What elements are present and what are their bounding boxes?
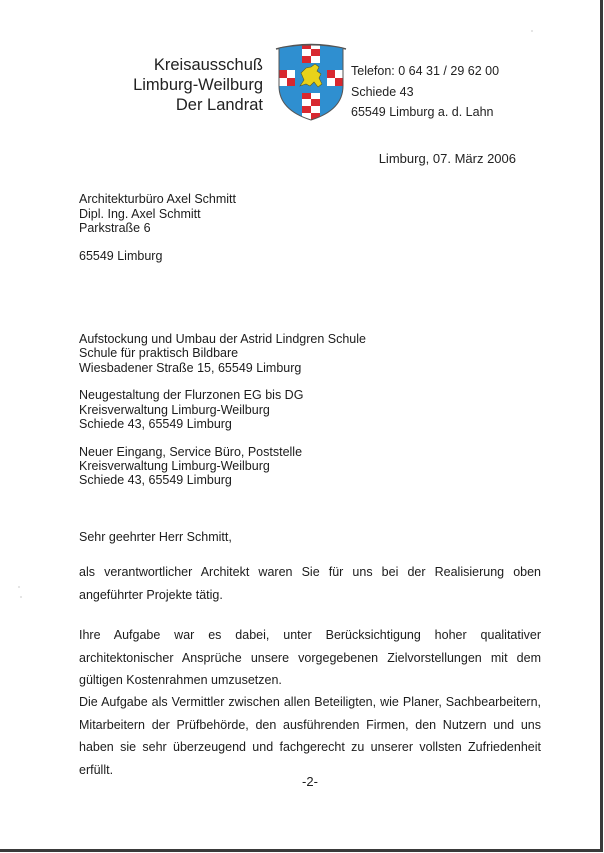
project-title: Neugestaltung der Flurzonen EG bis DG — [79, 388, 366, 402]
project-line: Kreisverwaltung Limburg-Weilburg — [79, 403, 366, 417]
project-line: Kreisverwaltung Limburg-Weilburg — [79, 459, 366, 473]
scan-speck — [20, 596, 22, 598]
letter-date: Limburg, 07. März 2006 — [379, 151, 516, 166]
page-number: -2- — [0, 774, 604, 789]
telephone: Telefon: 0 64 31 / 29 62 00 — [351, 61, 499, 82]
coat-of-arms-icon — [273, 40, 349, 122]
project-line: Schiede 43, 65549 Limburg — [79, 417, 366, 431]
project-title: Neuer Eingang, Service Büro, Poststelle — [79, 445, 366, 459]
project-line: Schule für praktisch Bildbare — [79, 346, 366, 360]
project-list: Aufstockung und Umbau der Astrid Lindgre… — [79, 332, 366, 501]
org-line-2: Limburg-Weilburg — [133, 75, 263, 95]
scan-speck — [531, 30, 533, 32]
letter-page: Kreisausschuß Limburg-Weilburg Der Landr… — [0, 0, 603, 852]
org-line-3: Der Landrat — [133, 95, 263, 115]
organization-name: Kreisausschuß Limburg-Weilburg Der Landr… — [133, 55, 263, 115]
project-item: Neugestaltung der Flurzonen EG bis DG Kr… — [79, 388, 366, 431]
street-address: Schiede 43 — [351, 82, 499, 103]
paragraph-2: Ihre Aufgabe war es dabei, unter Berücks… — [79, 624, 541, 692]
recipient-line: Parkstraße 6 — [79, 221, 236, 236]
recipient-city: 65549 Limburg — [79, 249, 236, 264]
paragraph-1: als verantwortlicher Architekt waren Sie… — [79, 561, 541, 606]
project-item: Aufstockung und Umbau der Astrid Lindgre… — [79, 332, 366, 375]
org-line-1: Kreisausschuß — [133, 55, 263, 75]
project-line: Wiesbadener Straße 15, 65549 Limburg — [79, 361, 366, 375]
contact-info: Telefon: 0 64 31 / 29 62 00 Schiede 43 6… — [351, 61, 499, 123]
scan-speck — [18, 586, 20, 588]
paragraph-3: Die Aufgabe als Vermittler zwischen alle… — [79, 691, 541, 781]
recipient-line: Architekturbüro Axel Schmitt — [79, 192, 236, 207]
recipient-address: Architekturbüro Axel Schmitt Dipl. Ing. … — [79, 192, 236, 263]
project-line: Schiede 43, 65549 Limburg — [79, 473, 366, 487]
city-address: 65549 Limburg a. d. Lahn — [351, 102, 499, 123]
project-item: Neuer Eingang, Service Büro, Poststelle … — [79, 445, 366, 488]
salutation: Sehr geehrter Herr Schmitt, — [79, 530, 232, 544]
project-title: Aufstockung und Umbau der Astrid Lindgre… — [79, 332, 366, 346]
recipient-line: Dipl. Ing. Axel Schmitt — [79, 207, 236, 222]
